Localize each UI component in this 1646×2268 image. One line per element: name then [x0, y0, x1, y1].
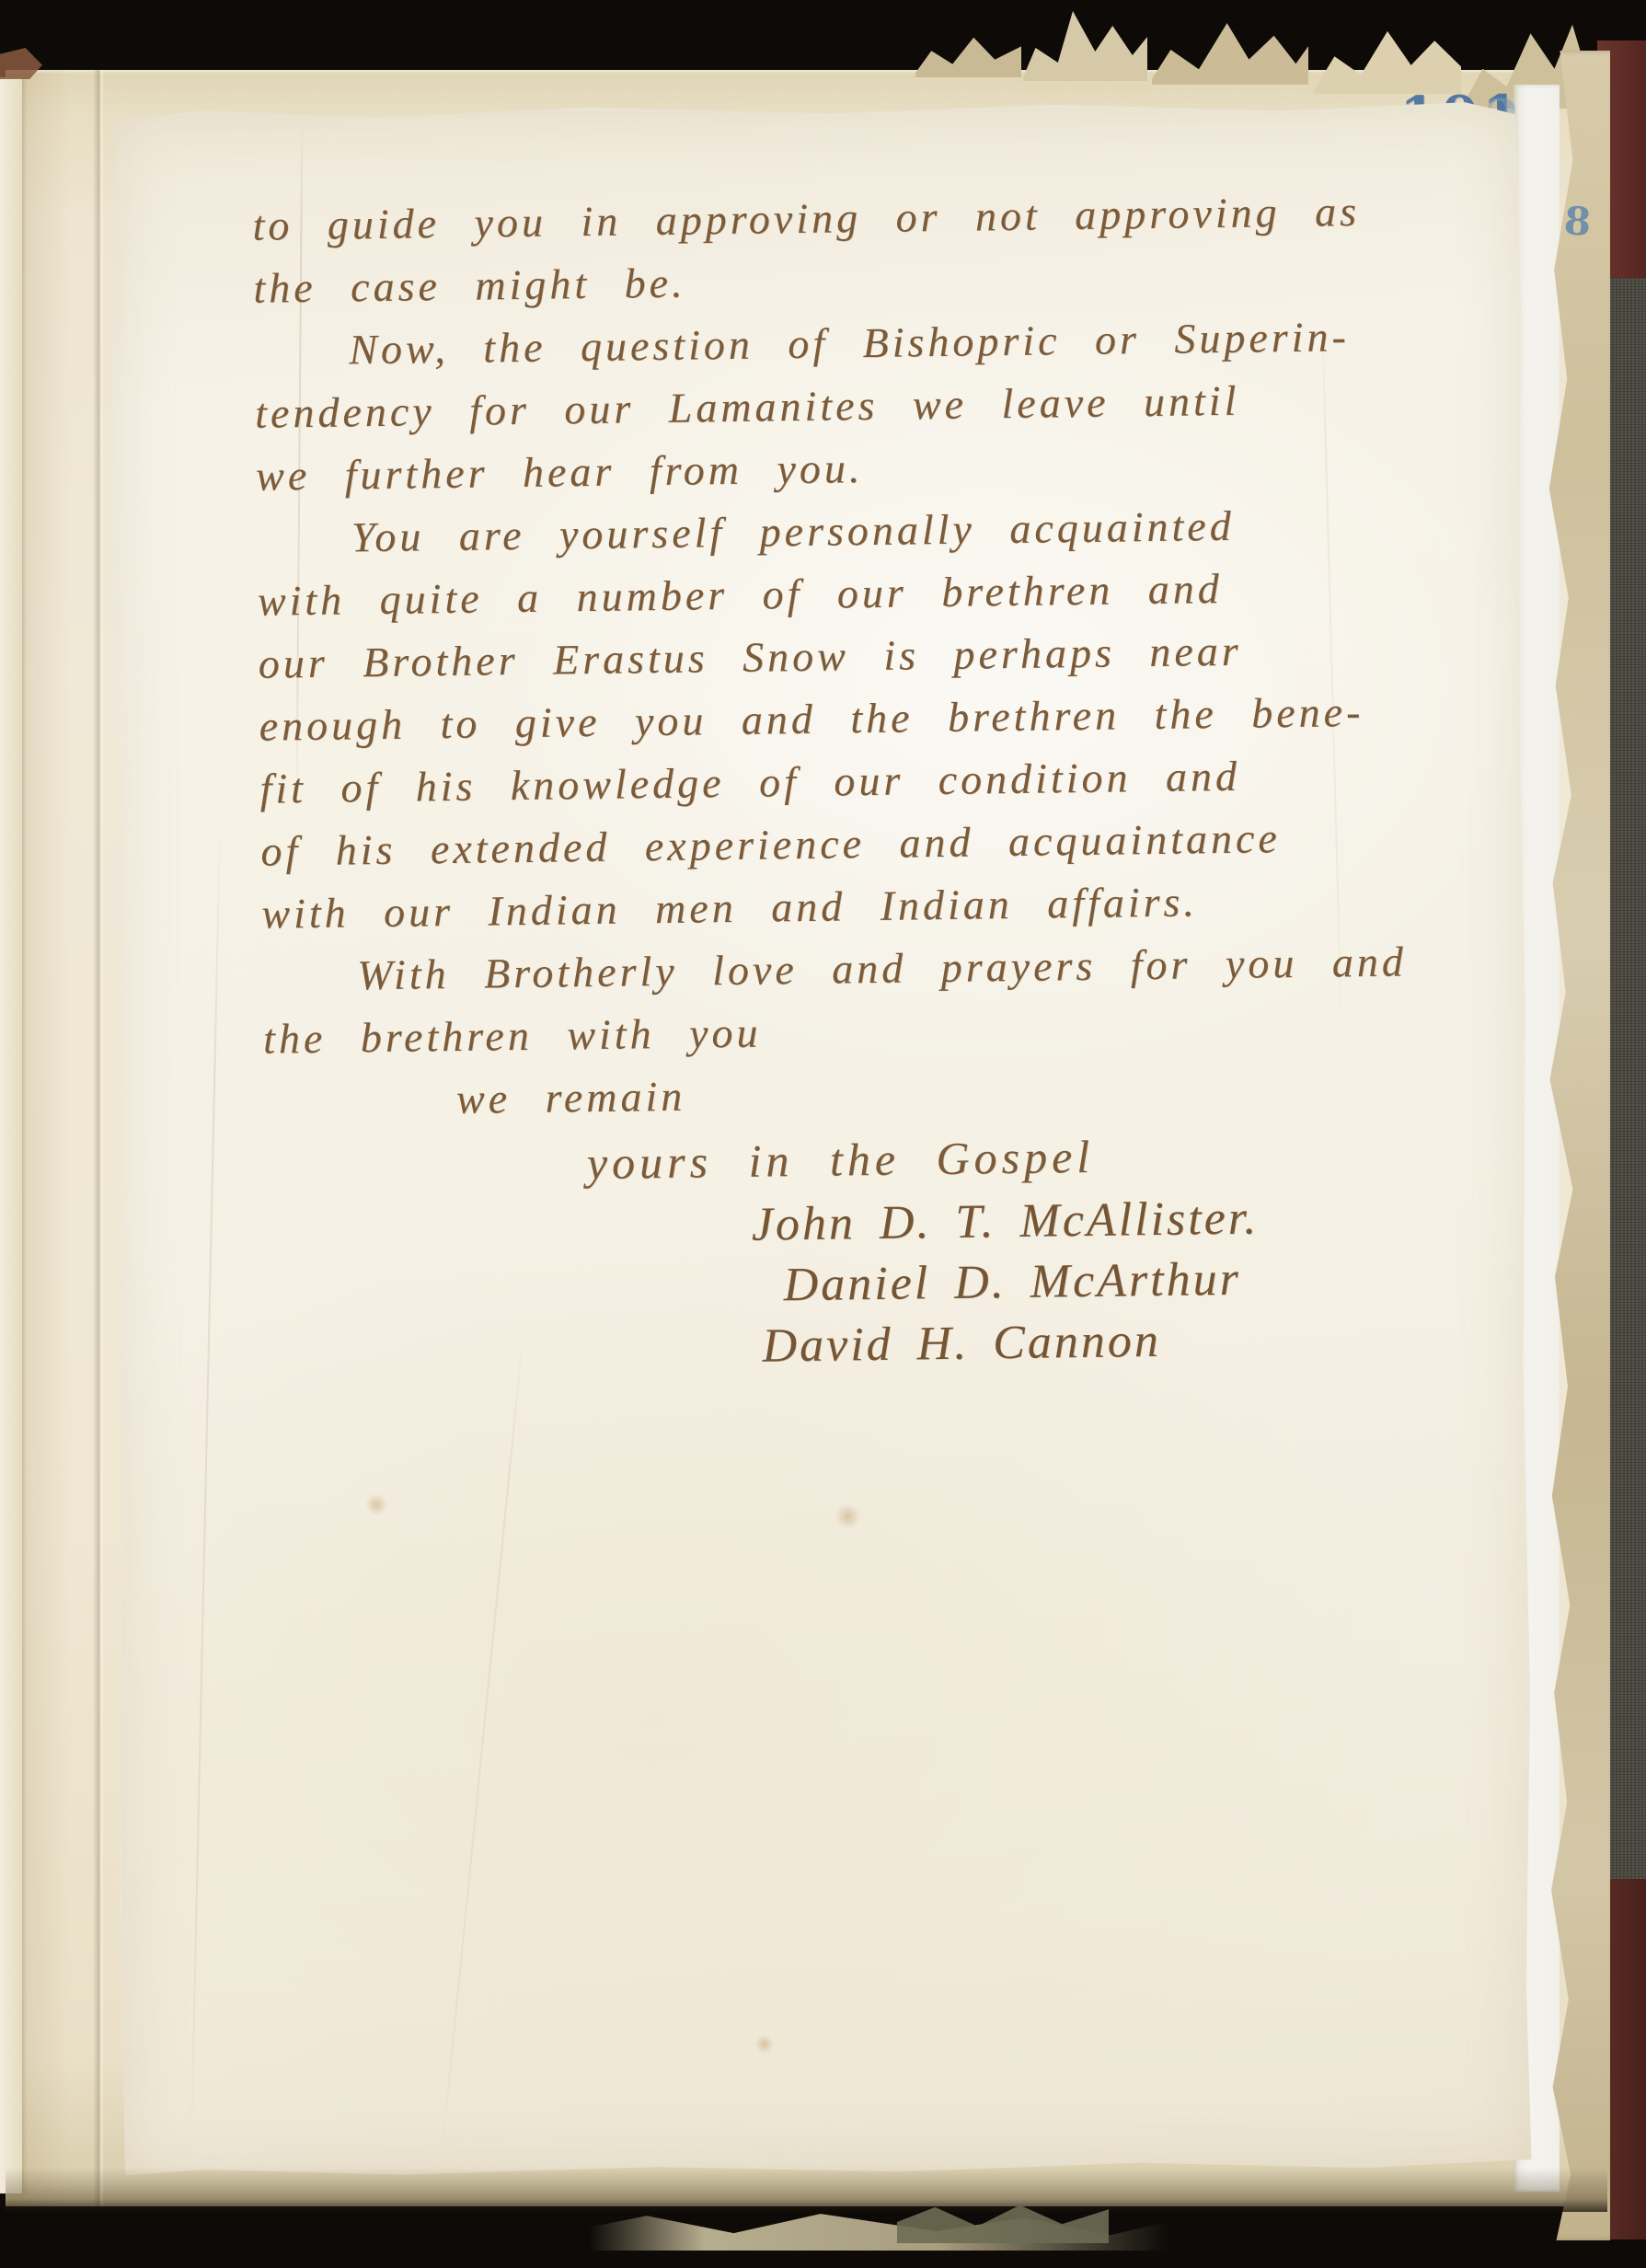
- letter-closing: yours in the Gospel: [586, 1117, 1498, 1197]
- signature: John D. T. McAllister.: [751, 1185, 1499, 1256]
- signature: Daniel D. McArthur: [783, 1246, 1500, 1316]
- torn-paper-fragment: [915, 33, 1021, 77]
- torn-paper-fragment: [1023, 7, 1147, 81]
- scanned-letterbook-page: 101 2 8 to guide you in approving or not…: [0, 0, 1646, 2268]
- paper-crease: [190, 826, 221, 2170]
- letter-sheet: to guide you in approving or not approvi…: [108, 100, 1535, 2181]
- foxing-spot: [834, 1504, 861, 1528]
- handwritten-letter-text: to guide you in approving or not approvi…: [252, 178, 1501, 1383]
- gutter-crease: [93, 70, 104, 2206]
- foxing-spot: [754, 2035, 775, 2054]
- foxing-spot: [364, 1494, 388, 1514]
- signature: David H. Cannon: [762, 1307, 1501, 1376]
- edge-page-number-stamp: 8: [1562, 198, 1593, 245]
- torn-paper-fragment: [1152, 15, 1308, 85]
- bottom-page-shadow: [6, 2168, 1607, 2212]
- paper-crease: [439, 1323, 525, 2175]
- torn-paper-fragment: [1314, 26, 1461, 94]
- gutter-page-edge: [0, 77, 22, 2193]
